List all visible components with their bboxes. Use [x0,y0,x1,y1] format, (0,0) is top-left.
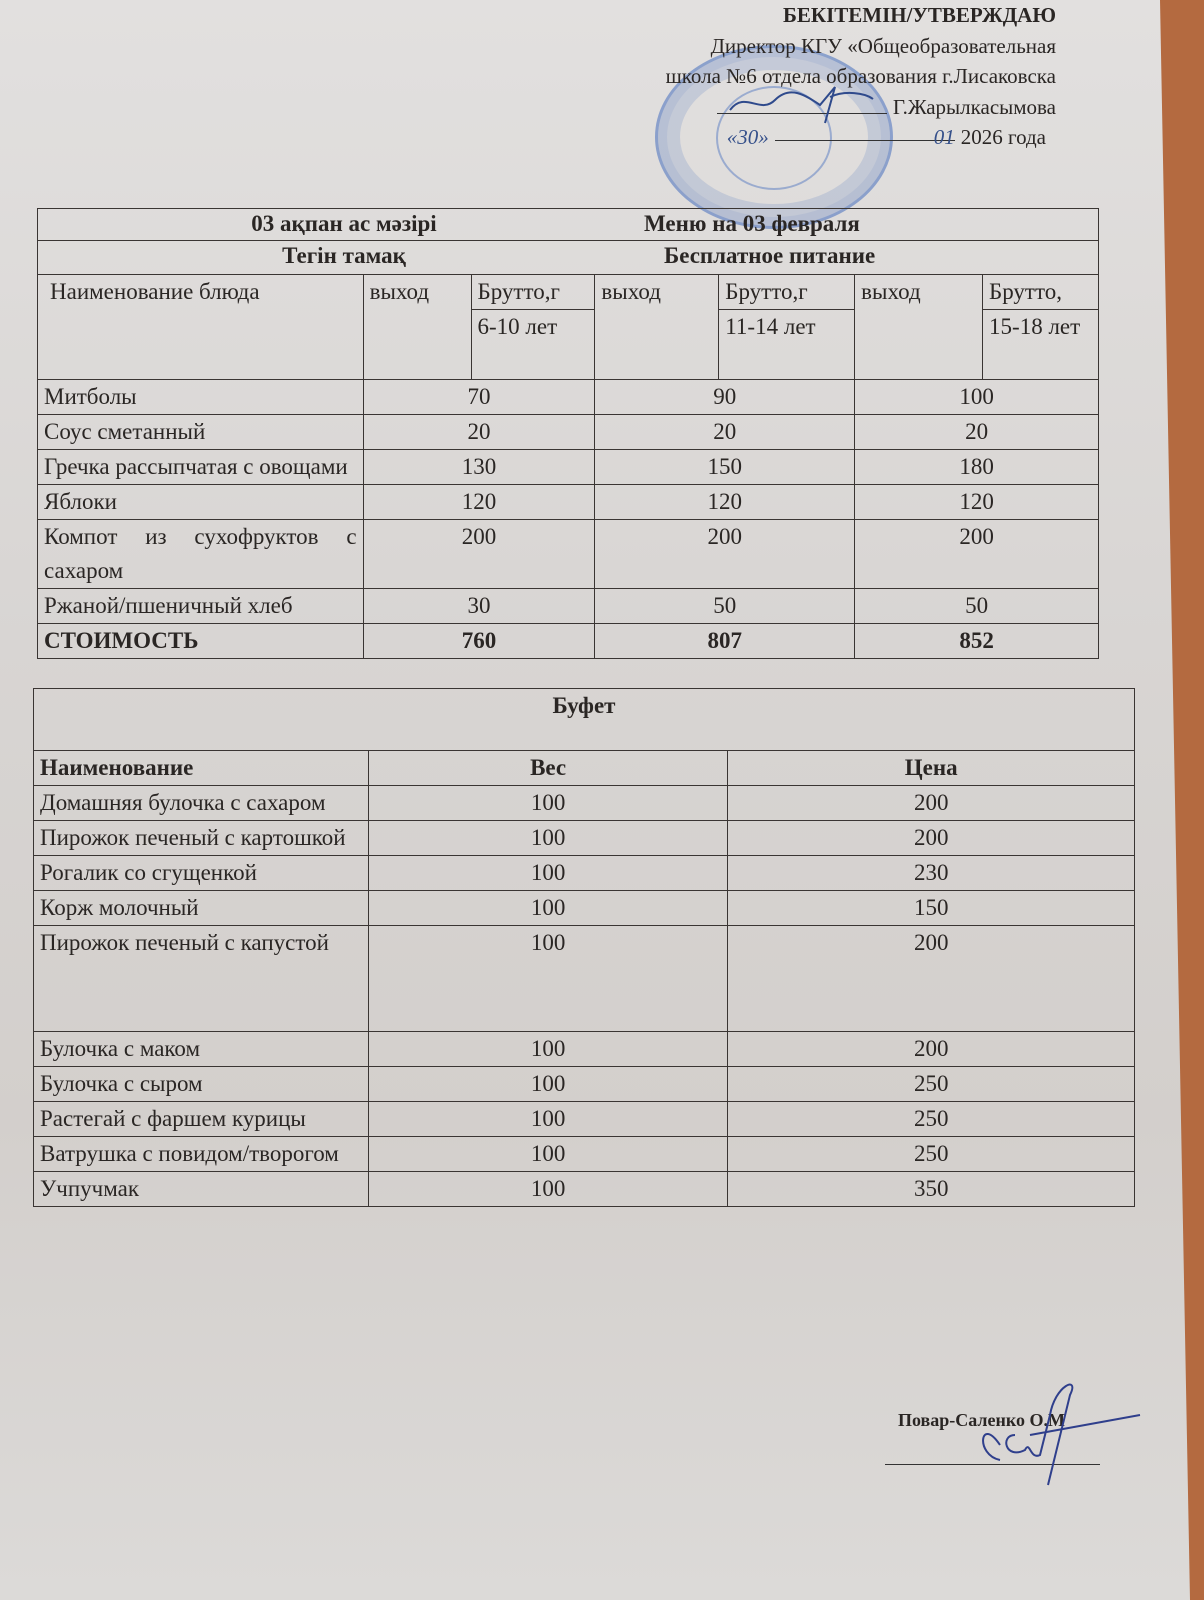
buffet-row: Ватрушка с повидом/творогом 100 250 [34,1137,1135,1172]
buffet-item-weight: 100 [368,1137,728,1172]
header-dish: Наименование блюда [38,275,364,380]
portion-6-10: 30 [363,589,595,624]
buffet-item-price: 200 [728,1032,1135,1067]
dish-name: Митболы [38,380,364,415]
buffet-row: Пирожок печеный с картошкой 100 200 [34,821,1135,856]
portion-15-18: 120 [855,485,1099,520]
dish-name: Яблоки [38,485,364,520]
portion-11-14: 120 [595,485,855,520]
menu-title-row: 03 ақпан ас мәзіріМеню на 03 февраля [38,209,1099,241]
buffet-item-price: 200 [728,786,1135,821]
dish-name: Ржаной/пшеничный хлеб [38,589,364,624]
menu-row: Компот из сухофруктов с сахаром200200200 [38,520,1099,589]
portion-11-14: 50 [595,589,855,624]
total-label: СТОИМОСТЬ [38,624,364,659]
buffet-item-name: Корж молочный [34,891,369,926]
buffet-item-weight: 100 [368,821,728,856]
cook-signature-label: Повар-Саленко О.М [898,1410,1065,1431]
portion-11-14: 150 [595,450,855,485]
date-month-line: 01 [775,122,955,141]
buffet-item-name: Булочка с маком [34,1032,369,1067]
approval-year: 2026 года [961,125,1046,149]
buffet-item-weight: 100 [368,891,728,926]
total-6-10: 760 [363,624,595,659]
portion-6-10: 120 [363,485,595,520]
approval-line-2: школа №6 отдела образования г.Лисаковска [666,61,1056,92]
buffet-row: Пирожок печеный с капустой 100 200 [34,926,1135,1032]
header-brutto-3: Брутто, [983,275,1099,310]
buffet-item-name: Растегай с фаршем курицы [34,1102,369,1137]
approval-signer: Г.Жарылкасымова [893,95,1056,119]
total-row: СТОИМОСТЬ 760 807 852 [38,624,1099,659]
buffet-item-price: 350 [728,1172,1135,1207]
buffet-header-name: Наименование [34,751,369,786]
buffet-item-price: 200 [728,926,1135,1032]
menu-subtitle-ru: Бесплатное питание [644,243,875,268]
portion-11-14: 20 [595,415,855,450]
buffet-item-weight: 100 [368,1172,728,1207]
menu-row: Митболы7090100 [38,380,1099,415]
portion-6-10: 200 [363,520,595,589]
buffet-row: Булочка с сыром 100 250 [34,1067,1135,1102]
portion-15-18: 100 [855,380,1099,415]
buffet-header-weight: Вес [368,751,728,786]
menu-title-kz: 03 ақпан ас мәзірі [44,209,644,239]
age-group-1: 6-10 лет [471,310,595,380]
portion-6-10: 130 [363,450,595,485]
buffet-table: Буфет Наименование Вес Цена Домашняя бул… [33,688,1135,1207]
menu-row: Гречка рассыпчатая с овощами130150180 [38,450,1099,485]
buffet-item-weight: 100 [368,1067,728,1102]
buffet-item-name: Домашняя булочка с сахаром [34,786,369,821]
approval-heading: БЕКІТЕМІН/УТВЕРЖДАЮ [666,0,1056,31]
signature-line [717,95,887,114]
portion-15-18: 50 [855,589,1099,624]
header-output-3: выход [855,275,983,380]
dish-name: Компот из сухофруктов с сахаром [38,520,364,589]
buffet-item-name: Рогалик со сгущенкой [34,856,369,891]
buffet-item-weight: 100 [368,926,728,1032]
buffet-row: Домашняя булочка с сахаром 100 200 [34,786,1135,821]
buffet-item-price: 230 [728,856,1135,891]
buffet-item-name: Учпучмак [34,1172,369,1207]
age-group-3: 15-18 лет [983,310,1099,380]
buffet-row: Растегай с фаршем курицы 100 250 [34,1102,1135,1137]
buffet-item-price: 150 [728,891,1135,926]
approval-line-1: Директор КГУ «Общеобразовательная [666,31,1056,62]
menu-title-ru: Меню на 03 февраля [644,211,860,236]
buffet-item-name: Булочка с сыром [34,1067,369,1102]
buffet-item-name: Пирожок печеный с капустой [34,926,369,1032]
menu-subtitle-kz: Тегін тамақ [44,241,644,271]
buffet-item-weight: 100 [368,856,728,891]
buffet-item-weight: 100 [368,1032,728,1067]
menu-row: Соус сметанный202020 [38,415,1099,450]
buffet-row: Учпучмак 100 350 [34,1172,1135,1207]
buffet-item-price: 250 [728,1102,1135,1137]
buffet-item-price: 250 [728,1067,1135,1102]
portion-15-18: 180 [855,450,1099,485]
buffet-row: Корж молочный 100 150 [34,891,1135,926]
menu-row: Яблоки120120120 [38,485,1099,520]
total-11-14: 807 [595,624,855,659]
buffet-title: Буфет [34,689,1135,751]
age-group-2: 11-14 лет [719,310,855,380]
approval-block: БЕКІТЕМІН/УТВЕРЖДАЮ Директор КГУ «Общеоб… [666,0,1056,153]
buffet-item-weight: 100 [368,786,728,821]
buffet-item-name: Ватрушка с повидом/творогом [34,1137,369,1172]
portion-11-14: 90 [595,380,855,415]
header-output-2: выход [595,275,719,380]
date-day: «30» [727,125,769,149]
date-month: 01 [864,125,955,149]
approval-date-line: «30»012026 года [666,122,1046,153]
buffet-item-weight: 100 [368,1102,728,1137]
dish-name: Соус сметанный [38,415,364,450]
header-output-1: выход [363,275,471,380]
buffet-row: Рогалик со сгущенкой 100 230 [34,856,1135,891]
portion-6-10: 70 [363,380,595,415]
buffet-row: Булочка с маком 100 200 [34,1032,1135,1067]
cook-signature-line [885,1464,1100,1465]
free-meal-menu-table: 03 ақпан ас мәзіріМеню на 03 февраля Тег… [37,208,1099,659]
header-brutto-2: Брутто,г [719,275,855,310]
dish-name: Гречка рассыпчатая с овощами [38,450,364,485]
menu-subtitle-row: Тегін тамақБесплатное питание [38,241,1099,275]
approval-signer-line: Г.Жарылкасымова [666,92,1056,123]
buffet-item-name: Пирожок печеный с картошкой [34,821,369,856]
buffet-item-price: 250 [728,1137,1135,1172]
portion-15-18: 200 [855,520,1099,589]
buffet-item-price: 200 [728,821,1135,856]
portion-6-10: 20 [363,415,595,450]
header-brutto-1: Брутто,г [471,275,595,310]
portion-15-18: 20 [855,415,1099,450]
total-15-18: 852 [855,624,1099,659]
buffet-header-price: Цена [728,751,1135,786]
portion-11-14: 200 [595,520,855,589]
menu-row: Ржаной/пшеничный хлеб305050 [38,589,1099,624]
